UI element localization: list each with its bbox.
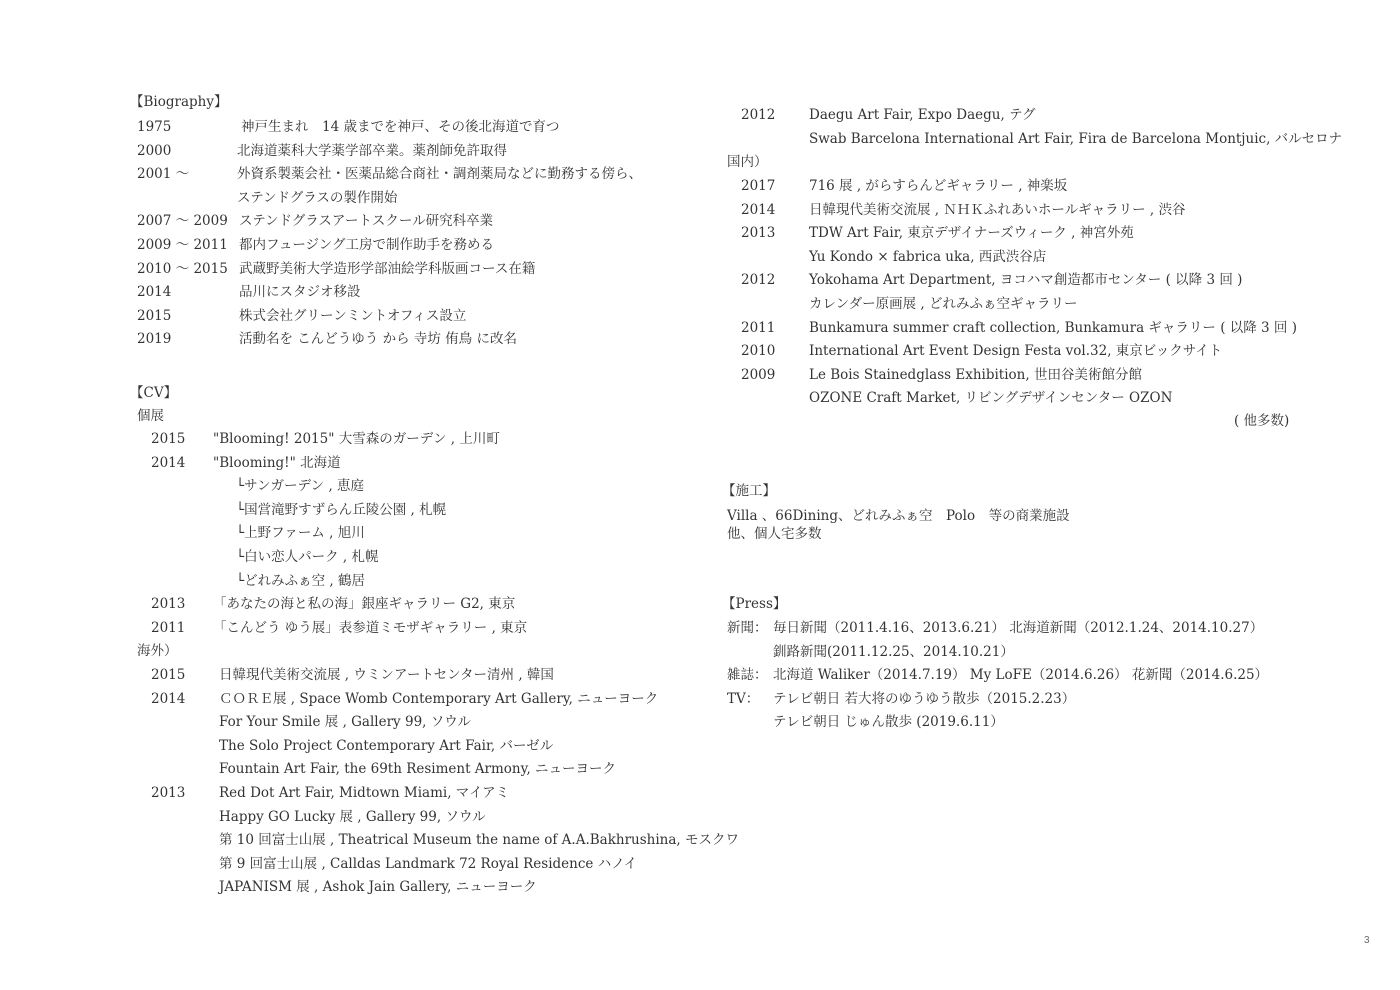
construction-line: Villa 、66Dining、どれみふぁ空 Polo 等の商業施設 [727,506,1070,526]
biography-text: ステンドグラスアートスクール研究科卒業 [239,211,493,231]
overseas-label: 海外） [137,641,178,661]
solo-exhibition-text: "Blooming! 2015" 大雪森のガーデン , 上川町 [213,429,500,449]
solo-year: 2013 [151,594,185,614]
overseas-exhibition-text: Happy GO Lucky 展 , Gallery 99, ソウル [219,807,486,827]
construction-heading: 【施工】 [722,481,776,501]
overseas-exhibition-text: ＣＯＲＥ展 , Space Womb Contemporary Art Gall… [219,689,658,709]
overseas-year: 2012 [741,105,775,125]
biography-text: 株式会社グリーンミントオフィス設立 [239,306,466,326]
domestic-year: 2009 [741,365,775,385]
biography-text: 武蔵野美術大学造形学部油絵学科版画コース在籍 [239,259,535,279]
press-text: テレビ朝日 若大将のゆうゆう散歩（2015.2.23） [773,689,1075,709]
solo-exhibition-text: 「あなたの海と私の海」銀座ギャラリー G2, 東京 [213,594,515,614]
overseas-year: 2015 [151,665,185,685]
domestic-year: 2014 [741,200,775,220]
overseas-exhibition-text: 第 9 回富士山展 , Calldas Landmark 72 Royal Re… [219,854,637,874]
solo-exhibition-text: └上野ファーム , 旭川 [236,523,365,543]
cv-heading: 【CV】 [130,383,177,403]
domestic-exhibition-text: 日韓現代美術交流展 , ＮＨＫふれあいホールギャラリー , 渋谷 [809,200,1185,220]
overseas-exhibition-text: Red Dot Art Fair, Midtown Miami, マイアミ [219,783,509,803]
solo-year: 2011 [151,618,185,638]
overseas-exhibition-text: For Your Smile 展 , Gallery 99, ソウル [219,712,471,732]
domestic-exhibition-text: Le Bois Stainedglass Exhibition, 世田谷美術館分… [809,365,1142,385]
domestic-year: 2017 [741,176,775,196]
solo-exhibition-text: └どれみふぁ空 , 鶴居 [236,571,365,591]
biography-text: 活動名を こんどうゆう から 寺坊 侑鳥 に改名 [239,329,517,349]
domestic-exhibition-text: OZONE Craft Market, リビングデザインセンター OZON [809,388,1172,408]
biography-text: 外資系製薬会社・医薬品総合商社・調剤薬局などに勤務する傍ら、 [237,164,642,184]
solo-exhibition-text: └国営滝野すずらん丘陵公園 , 札幌 [236,500,446,520]
press-label: 新聞： [727,618,768,638]
solo-exhibition-text: └白い恋人パーク , 札幌 [236,547,379,567]
biography-year: 2007 ～ 2009 [137,211,228,231]
overseas-exhibition-text: The Solo Project Contemporary Art Fair, … [219,736,553,756]
overseas-exhibition-text: Fountain Art Fair, the 69th Resiment Arm… [219,759,616,779]
domestic-exhibition-text: Bunkamura summer craft collection, Bunka… [809,318,1297,338]
domestic-year: 2013 [741,223,775,243]
biography-year: 2014 [137,282,171,302]
press-label: TV： [727,689,759,709]
biography-text: 品川にスタジオ移設 [239,282,361,302]
biography-text: 北海道薬科大学薬学部卒業。薬剤師免許取得 [237,141,507,161]
press-text: 毎日新聞（2011.4.16、2013.6.21） 北海道新聞（2012.1.2… [773,618,1263,638]
biography-text: 都内フュージング工房で制作助手を務める [239,235,494,255]
overseas-year: 2014 [151,689,185,709]
domestic-exhibition-text: Yokohama Art Department, ヨコハマ創造都市センター ( … [809,270,1242,290]
domestic-year: 2010 [741,341,775,361]
overseas-exhibition-text: 日韓現代美術交流展 , ウミンアートセンター清州 , 韓国 [219,665,554,685]
domestic-exhibition-text: カレンダー原画展 , どれみふぁ空ギャラリー [809,294,1078,314]
overseas-exhibition-text: Daegu Art Fair, Expo Daegu, テグ [809,105,1036,125]
domestic-exhibition-text: International Art Event Design Festa vol… [809,341,1222,361]
press-text: 北海道 Waliker（2014.7.19） My LoFE（2014.6.26… [773,665,1268,685]
solo-exhibitions-label: 個展 [137,406,164,426]
biography-year: 2015 [137,306,171,326]
domestic-year: 2012 [741,270,775,290]
overseas-exhibition-text: 第 10 回富士山展 , Theatrical Museum the name … [219,830,739,850]
overseas-year: 2013 [151,783,185,803]
domestic-year: 2011 [741,318,775,338]
biography-year: 2009 ～ 2011 [137,235,228,255]
solo-exhibition-text: └サンガーデン , 恵庭 [236,476,364,496]
overseas-exhibition-text: Swab Barcelona International Art Fair, F… [809,129,1342,149]
solo-year: 2014 [151,453,185,473]
biography-year: 2010 ～ 2015 [137,259,228,279]
page-number: 3 [1364,935,1370,946]
solo-year: 2015 [151,429,185,449]
biography-text: 神戸生まれ 14 歳までを神戸、その後北海道で育つ [241,117,559,137]
press-text: テレビ朝日 じゅん散歩 (2019.6.11） [773,712,1004,732]
domestic-label: 国内） [727,152,768,172]
press-text: 釧路新聞(2011.12.25、2014.10.21） [773,642,1014,662]
solo-exhibition-text: 「こんどう ゆう展」表参道ミモザギャラリー , 東京 [213,618,527,638]
press-label: 雑誌： [727,665,768,685]
biography-year: 1975 [137,117,171,137]
domestic-exhibition-text: Yu Kondo × fabrica uka, 西武渋谷店 [809,247,1046,267]
solo-exhibition-text: "Blooming!" 北海道 [213,453,341,473]
biography-year: 2001 ～ [137,164,189,184]
biography-year: 2000 [137,141,171,161]
biography-text: ステンドグラスの製作開始 [237,188,397,208]
overseas-exhibition-text: JAPANISM 展 , Ashok Jain Gallery, ニューヨーク [219,877,537,897]
domestic-exhibition-text: 716 展 , がらすらんどギャラリー , 神楽坂 [809,176,1067,196]
biography-year: 2019 [137,329,171,349]
biography-heading: 【Biography】 [130,92,227,112]
press-heading: 【Press】 [722,594,786,614]
construction-line: 他、個人宅多数 [727,524,822,544]
domestic-exhibition-text: TDW Art Fair, 東京デザイナーズウィーク , 神宮外苑 [809,223,1134,243]
others-note: ( 他多数) [1234,411,1289,431]
